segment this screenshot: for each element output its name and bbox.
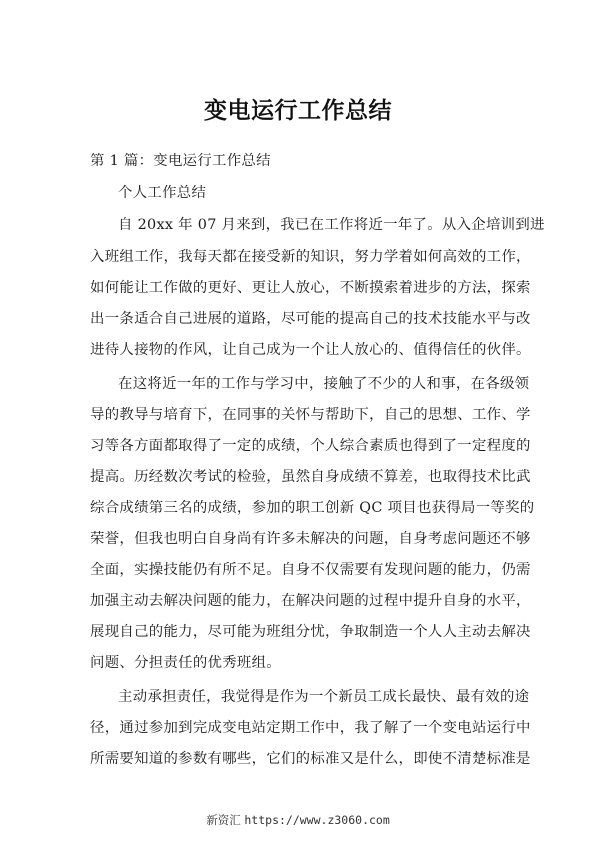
paragraph-line: 问题、分担责任的优秀班组。 xyxy=(90,653,510,673)
footer-url[interactable]: https://www.z3060.com xyxy=(244,813,389,827)
document-title: 变电运行工作总结 xyxy=(0,92,596,125)
paragraph-line: 出一条适合自己进展的道路，尽可能的提高自己的技术技能水平与改 xyxy=(90,309,510,329)
paragraph-line: 自 20xx 年 07 月来到，我已在工作将近一年了。从入企培训到进 xyxy=(118,215,538,235)
paragraph-line: 全面，实操技能仍有所不足。自身不仅需要有发现问题的能力，仍需 xyxy=(90,560,510,580)
paragraph-line: 入班组工作，我每天都在接受新的知识，努力学着如何高效的工作， xyxy=(90,247,510,267)
paragraph-line: 如何能让工作做的更好、更让人放心，不断摸索着进步的方法，探索 xyxy=(90,278,510,298)
subheading: 个人工作总结 xyxy=(118,183,538,203)
footer: 新资汇 https://www.z3060.com xyxy=(0,812,596,828)
paragraph-line: 加强主动去解决问题的能力，在解决问题的过程中提升自身的水平， xyxy=(90,591,510,611)
paragraph-line: 导的教导与培育下，在同事的关怀与帮助下，自己的思想、工作、学 xyxy=(90,405,510,425)
paragraph-line: 所需要知道的参数有哪些，它们的标准又是什么，即使不清楚标准是 xyxy=(90,749,510,769)
paragraph-line: 习等各方面都取得了一定的成绩，个人综合素质也得到了一定程度的 xyxy=(90,436,510,456)
paragraph-line: 展现自己的能力，尽可能为班组分忧，争取制造一个人人主动去解决 xyxy=(90,622,510,642)
paragraph-line: 主动承担责任，我觉得是作为一个新员工成长最快、最有效的途 xyxy=(118,687,538,707)
footer-site-name: 新资汇 xyxy=(206,813,241,827)
section-heading: 第 1 篇：变电运行工作总结 xyxy=(90,151,510,171)
paragraph-line: 荣誉，但我也明白自身尚有许多未解决的问题，自身考虑问题还不够 xyxy=(90,529,510,549)
paragraph-line: 在这将近一年的工作与学习中，接触了不少的人和事，在各级领 xyxy=(118,374,538,394)
paragraph-line: 综合成绩第三名的成绩，参加的职工创新 QC 项目也获得局一等奖的 xyxy=(90,498,510,518)
paragraph-line: 径，通过参加到完成变电站定期工作中，我了解了一个变电站运行中 xyxy=(90,718,510,738)
paragraph-line: 提高。历经数次考试的检验，虽然自身成绩不算差，也取得技术比武 xyxy=(90,467,510,487)
paragraph-line: 进待人接物的作风，让自己成为一个让人放心的、值得信任的伙伴。 xyxy=(90,340,510,360)
